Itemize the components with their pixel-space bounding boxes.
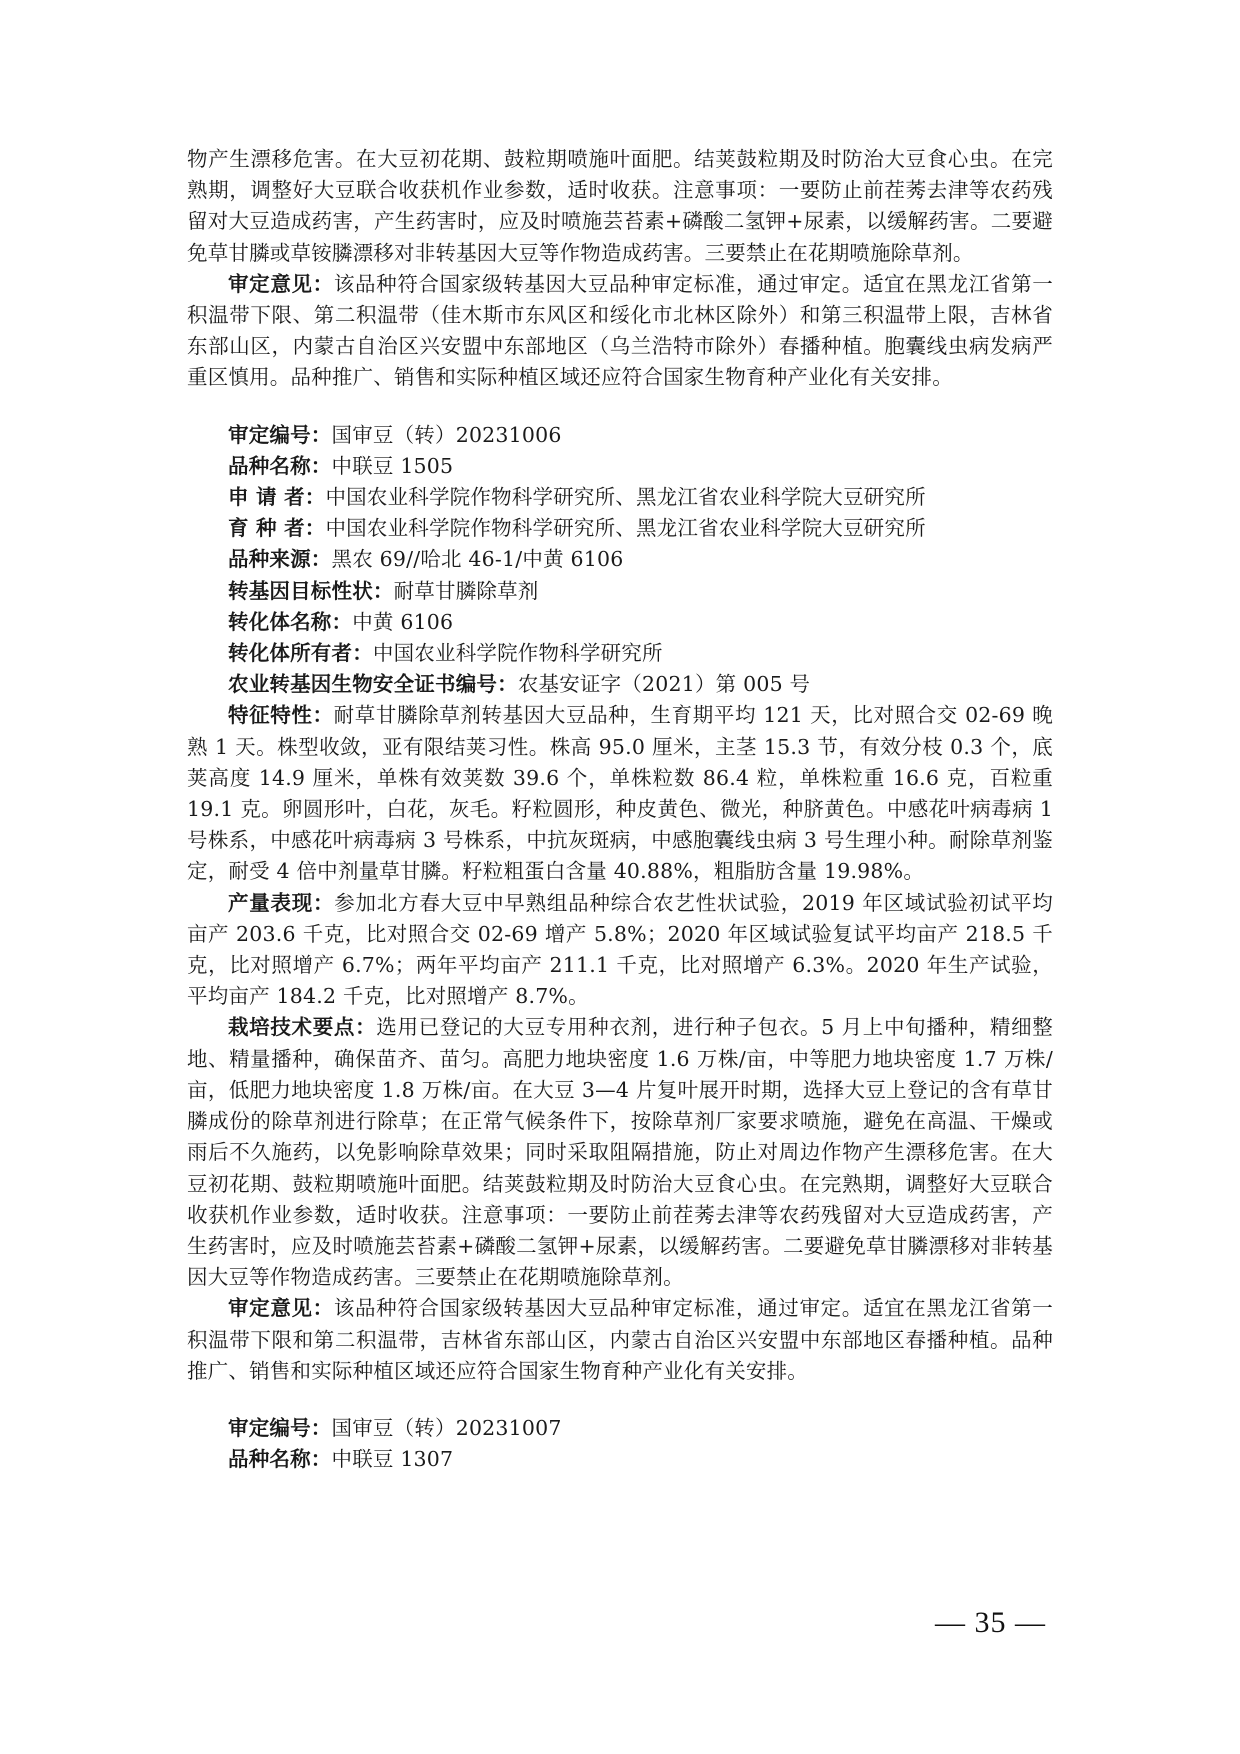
field-value: 黑农 69//哈北 46-1/中黄 6106 bbox=[332, 547, 624, 571]
continuation-paragraph: 物产生漂移危害。在大豆初花期、鼓粒期喷施叶面肥。结荚鼓粒期及时防治大豆食心虫。在… bbox=[187, 144, 1053, 269]
field-value: 中黄 6106 bbox=[352, 610, 453, 634]
field-label: 申 请 者： bbox=[228, 485, 325, 509]
approval-number: 审定编号：国审豆（转）20231006 bbox=[187, 420, 1053, 451]
field-label: 品种名称： bbox=[228, 454, 332, 478]
field-label: 转化体所有者： bbox=[228, 641, 373, 665]
biosafety-certificate-number: 农业转基因生物安全证书编号：农基安证字（2021）第 005 号 bbox=[187, 669, 1053, 700]
field-label: 育 种 者： bbox=[228, 516, 325, 540]
field-label: 品种来源： bbox=[228, 547, 332, 571]
approval-number: 审定编号：国审豆（转）20231007 bbox=[187, 1413, 1053, 1444]
field-value: 选用已登记的大豆专用种衣剂，进行种子包衣。5 月上中旬播种，精细整地、精量播种，… bbox=[187, 1015, 1053, 1289]
field-value: 农基安证字（2021）第 005 号 bbox=[518, 672, 810, 696]
field-value: 国审豆（转）20231007 bbox=[332, 1416, 562, 1440]
yield-performance-paragraph: 产量表现：参加北方春大豆中早熟组品种综合农艺性状试验，2019 年区域试验初试平… bbox=[187, 888, 1053, 1013]
section-spacer bbox=[187, 1387, 1053, 1413]
transformant-name: 转化体名称：中黄 6106 bbox=[187, 607, 1053, 638]
transformant-owner: 转化体所有者：中国农业科学院作物科学研究所 bbox=[187, 638, 1053, 669]
field-value: 中联豆 1505 bbox=[332, 454, 454, 478]
variety-entry-20231006: 审定编号：国审豆（转）20231006 品种名称：中联豆 1505 申 请 者：… bbox=[187, 420, 1053, 1387]
variety-name: 品种名称：中联豆 1505 bbox=[187, 451, 1053, 482]
prev-approval-opinion: 审定意见：该品种符合国家级转基因大豆品种审定标准，通过审定。适宜在黑龙江省第一积… bbox=[187, 269, 1053, 394]
field-label: 农业转基因生物安全证书编号： bbox=[228, 672, 518, 696]
document-page: 物产生漂移危害。在大豆初花期、鼓粒期喷施叶面肥。结荚鼓粒期及时防治大豆食心虫。在… bbox=[187, 144, 1053, 1475]
variety-source: 品种来源：黑农 69//哈北 46-1/中黄 6106 bbox=[187, 544, 1053, 575]
field-value: 耐草甘膦除草剂转基因大豆品种，生育期平均 121 天，比对照合交 02-69 晚… bbox=[187, 703, 1053, 883]
variety-name: 品种名称：中联豆 1307 bbox=[187, 1444, 1053, 1475]
field-label: 栽培技术要点： bbox=[228, 1015, 376, 1039]
field-label: 审定编号： bbox=[228, 423, 332, 447]
field-label: 审定意见： bbox=[228, 272, 334, 296]
field-value: 中国农业科学院作物科学研究所、黑龙江省农业科学院大豆研究所 bbox=[325, 516, 925, 540]
field-label: 特征特性： bbox=[228, 703, 334, 727]
field-value: 中国农业科学院作物科学研究所 bbox=[373, 641, 663, 665]
field-label: 审定意见： bbox=[228, 1296, 334, 1320]
page-number: — 35 — bbox=[935, 1606, 1046, 1640]
applicant: 申 请 者：中国农业科学院作物科学研究所、黑龙江省农业科学院大豆研究所 bbox=[187, 482, 1053, 513]
field-label: 品种名称： bbox=[228, 1447, 332, 1471]
field-value: 国审豆（转）20231006 bbox=[332, 423, 562, 447]
transgenic-target-trait: 转基因目标性状：耐草甘膦除草剂 bbox=[187, 576, 1053, 607]
field-value: 中国农业科学院作物科学研究所、黑龙江省农业科学院大豆研究所 bbox=[325, 485, 925, 509]
characteristics-paragraph: 特征特性：耐草甘膦除草剂转基因大豆品种，生育期平均 121 天，比对照合交 02… bbox=[187, 700, 1053, 887]
field-label: 产量表现： bbox=[228, 891, 334, 915]
variety-entry-20231007: 审定编号：国审豆（转）20231007 品种名称：中联豆 1307 bbox=[187, 1413, 1053, 1475]
field-value: 中联豆 1307 bbox=[332, 1447, 454, 1471]
cultivation-points-paragraph: 栽培技术要点：选用已登记的大豆专用种衣剂，进行种子包衣。5 月上中旬播种，精细整… bbox=[187, 1012, 1053, 1293]
field-label: 审定编号： bbox=[228, 1416, 332, 1440]
section-spacer bbox=[187, 394, 1053, 420]
field-value: 耐草甘膦除草剂 bbox=[394, 579, 539, 603]
approval-opinion-paragraph: 审定意见：该品种符合国家级转基因大豆品种审定标准，通过审定。适宜在黑龙江省第一积… bbox=[187, 1293, 1053, 1387]
field-label: 转基因目标性状： bbox=[228, 579, 394, 603]
breeder: 育 种 者：中国农业科学院作物科学研究所、黑龙江省农业科学院大豆研究所 bbox=[187, 513, 1053, 544]
field-label: 转化体名称： bbox=[228, 610, 352, 634]
